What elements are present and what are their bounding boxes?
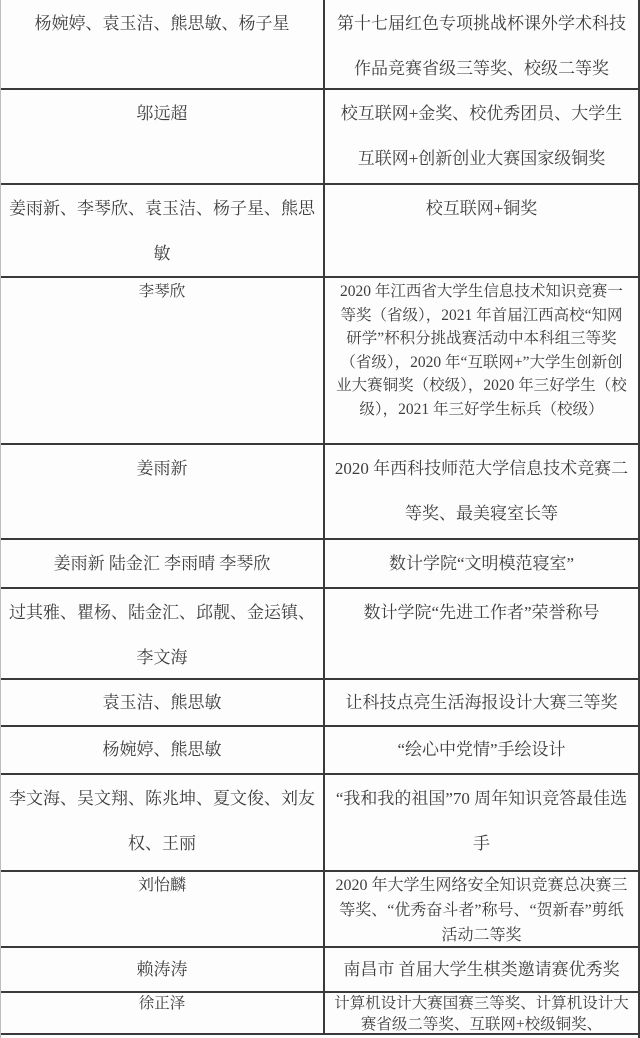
award-cell: 让科技点亮生活海报设计大赛三等奖 bbox=[325, 680, 638, 725]
names-cell: 杨婉婷、袁玉洁、熊思敏、杨子星 bbox=[1, 0, 325, 88]
table-row: 姜雨新 2020 年西科技师范大学信息技术竞赛二等奖、最美寝室长等 bbox=[1, 445, 638, 540]
table-row: 过其雅、瞿杨、陆金汇、邱靓、金运镇、李文海 数计学院“先进工作者”荣誉称号 bbox=[1, 589, 638, 680]
table-row: 杨婉婷、熊思敏 “绘心中党情”手绘设计 bbox=[1, 727, 638, 775]
award-cell: 校互联网+铜奖 bbox=[325, 185, 638, 276]
names-cell: 姜雨新 bbox=[1, 445, 325, 538]
names-cell: 赖涛涛 bbox=[1, 948, 325, 991]
table-row: 邬远超 校互联网+金奖、校优秀团员、大学生互联网+创新创业大赛国家级铜奖 bbox=[1, 90, 638, 185]
award-cell: “绘心中党情”手绘设计 bbox=[325, 727, 638, 773]
table-row: 徐正泽 计算机设计大赛国赛三等奖、计算机设计大赛省级二等奖、互联网+校级铜奖、 bbox=[1, 993, 638, 1035]
table-row: 李琴欣 2020 年江西省大学生信息技术知识竞赛一等奖（省级），2021 年首届… bbox=[1, 278, 638, 445]
award-cell: 计算机设计大赛国赛三等奖、计算机设计大赛省级二等奖、互联网+校级铜奖、 bbox=[325, 993, 638, 1033]
names-cell: 邬远超 bbox=[1, 90, 325, 183]
award-cell: 2020 年大学生网络安全知识竞赛总决赛三等奖、“优秀奋斗者”称号、“贺新春”剪… bbox=[325, 872, 638, 946]
names-cell: 徐正泽 bbox=[1, 993, 325, 1033]
names-cell: 姜雨新、李琴欣、袁玉洁、杨子星、熊思敏 bbox=[1, 185, 325, 276]
table-row: 袁玉洁、熊思敏 让科技点亮生活海报设计大赛三等奖 bbox=[1, 680, 638, 727]
award-cell: 2020 年江西省大学生信息技术知识竞赛一等奖（省级），2021 年首届江西高校… bbox=[325, 278, 638, 443]
awards-table: 杨婉婷、袁玉洁、熊思敏、杨子星 第十七届红色专项挑战杯课外学术科技作品竞赛省级三… bbox=[0, 0, 640, 1038]
award-cell: 南昌市 首届大学生棋类邀请赛优秀奖 bbox=[325, 948, 638, 991]
names-cell: 刘怡麟 bbox=[1, 872, 325, 946]
award-cell: 校互联网+金奖、校优秀团员、大学生互联网+创新创业大赛国家级铜奖 bbox=[325, 90, 638, 183]
table-row: 刘怡麟 2020 年大学生网络安全知识竞赛总决赛三等奖、“优秀奋斗者”称号、“贺… bbox=[1, 872, 638, 948]
names-cell: 袁玉洁、熊思敏 bbox=[1, 680, 325, 725]
table-row: 李文海、吴文翔、陈兆坤、夏文俊、刘友权、王丽 “我和我的祖国”70 周年知识竞答… bbox=[1, 775, 638, 872]
table-row: 赖涛涛 南昌市 首届大学生棋类邀请赛优秀奖 bbox=[1, 948, 638, 993]
names-cell: 杨婉婷、熊思敏 bbox=[1, 727, 325, 773]
table-row: 杨婉婷、袁玉洁、熊思敏、杨子星 第十七届红色专项挑战杯课外学术科技作品竞赛省级三… bbox=[1, 0, 638, 90]
award-cell: “我和我的祖国”70 周年知识竞答最佳选手 bbox=[325, 775, 638, 870]
table-row: 姜雨新、李琴欣、袁玉洁、杨子星、熊思敏 校互联网+铜奖 bbox=[1, 185, 638, 278]
names-cell: 过其雅、瞿杨、陆金汇、邱靓、金运镇、李文海 bbox=[1, 589, 325, 678]
names-cell: 姜雨新 陆金汇 李雨晴 李琴欣 bbox=[1, 540, 325, 587]
names-cell: 李文海、吴文翔、陈兆坤、夏文俊、刘友权、王丽 bbox=[1, 775, 325, 870]
table-row: 姜雨新 陆金汇 李雨晴 李琴欣 数计学院“文明模范寝室” bbox=[1, 540, 638, 589]
award-cell: 第十七届红色专项挑战杯课外学术科技作品竞赛省级三等奖、校级二等奖 bbox=[325, 0, 638, 88]
award-cell: 2020 年西科技师范大学信息技术竞赛二等奖、最美寝室长等 bbox=[325, 445, 638, 538]
names-cell: 李琴欣 bbox=[1, 278, 325, 443]
award-cell: 数计学院“文明模范寝室” bbox=[325, 540, 638, 587]
award-cell: 数计学院“先进工作者”荣誉称号 bbox=[325, 589, 638, 678]
